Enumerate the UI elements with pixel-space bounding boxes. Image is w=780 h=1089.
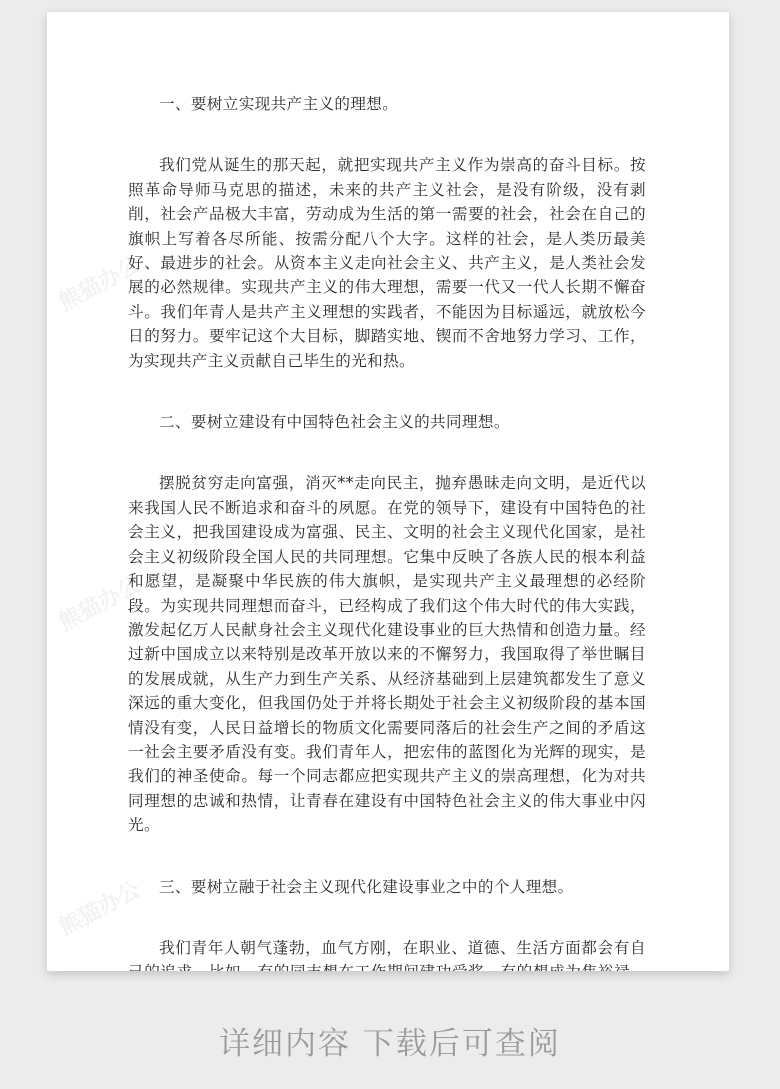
section-paragraph-1: 我们党从诞生的那天起，就把实现共产主义作为崇高的奋斗目标。按照革命导师马克思的描…: [128, 153, 646, 373]
section-heading-2: 二、要树立建设有中国特色社会主义的共同理想。: [128, 410, 646, 434]
download-prompt: 详细内容 下载后可查阅: [0, 1018, 780, 1063]
section-heading-3: 三、要树立融于社会主义现代化建设事业之中的个人理想。: [128, 875, 646, 899]
document-body: 一、要树立实现共产主义的理想。 我们党从诞生的那天起，就把实现共产主义作为崇高的…: [128, 92, 646, 971]
section-heading-1: 一、要树立实现共产主义的理想。: [128, 92, 646, 116]
section-paragraph-3: 我们青年人朝气蓬勃，血气方刚，在职业、道德、生活方面都会有自己的追求。比如，有的…: [128, 936, 646, 971]
document-page: 熊猫办公 熊猫办公 熊猫办公 一、要树立实现共产主义的理想。 我们党从诞生的那天…: [47, 12, 729, 971]
section-paragraph-2: 摆脱贫穷走向富强，消灭**走向民主，抛弃愚昧走向文明，是近代以来我国人民不断追求…: [128, 471, 646, 837]
